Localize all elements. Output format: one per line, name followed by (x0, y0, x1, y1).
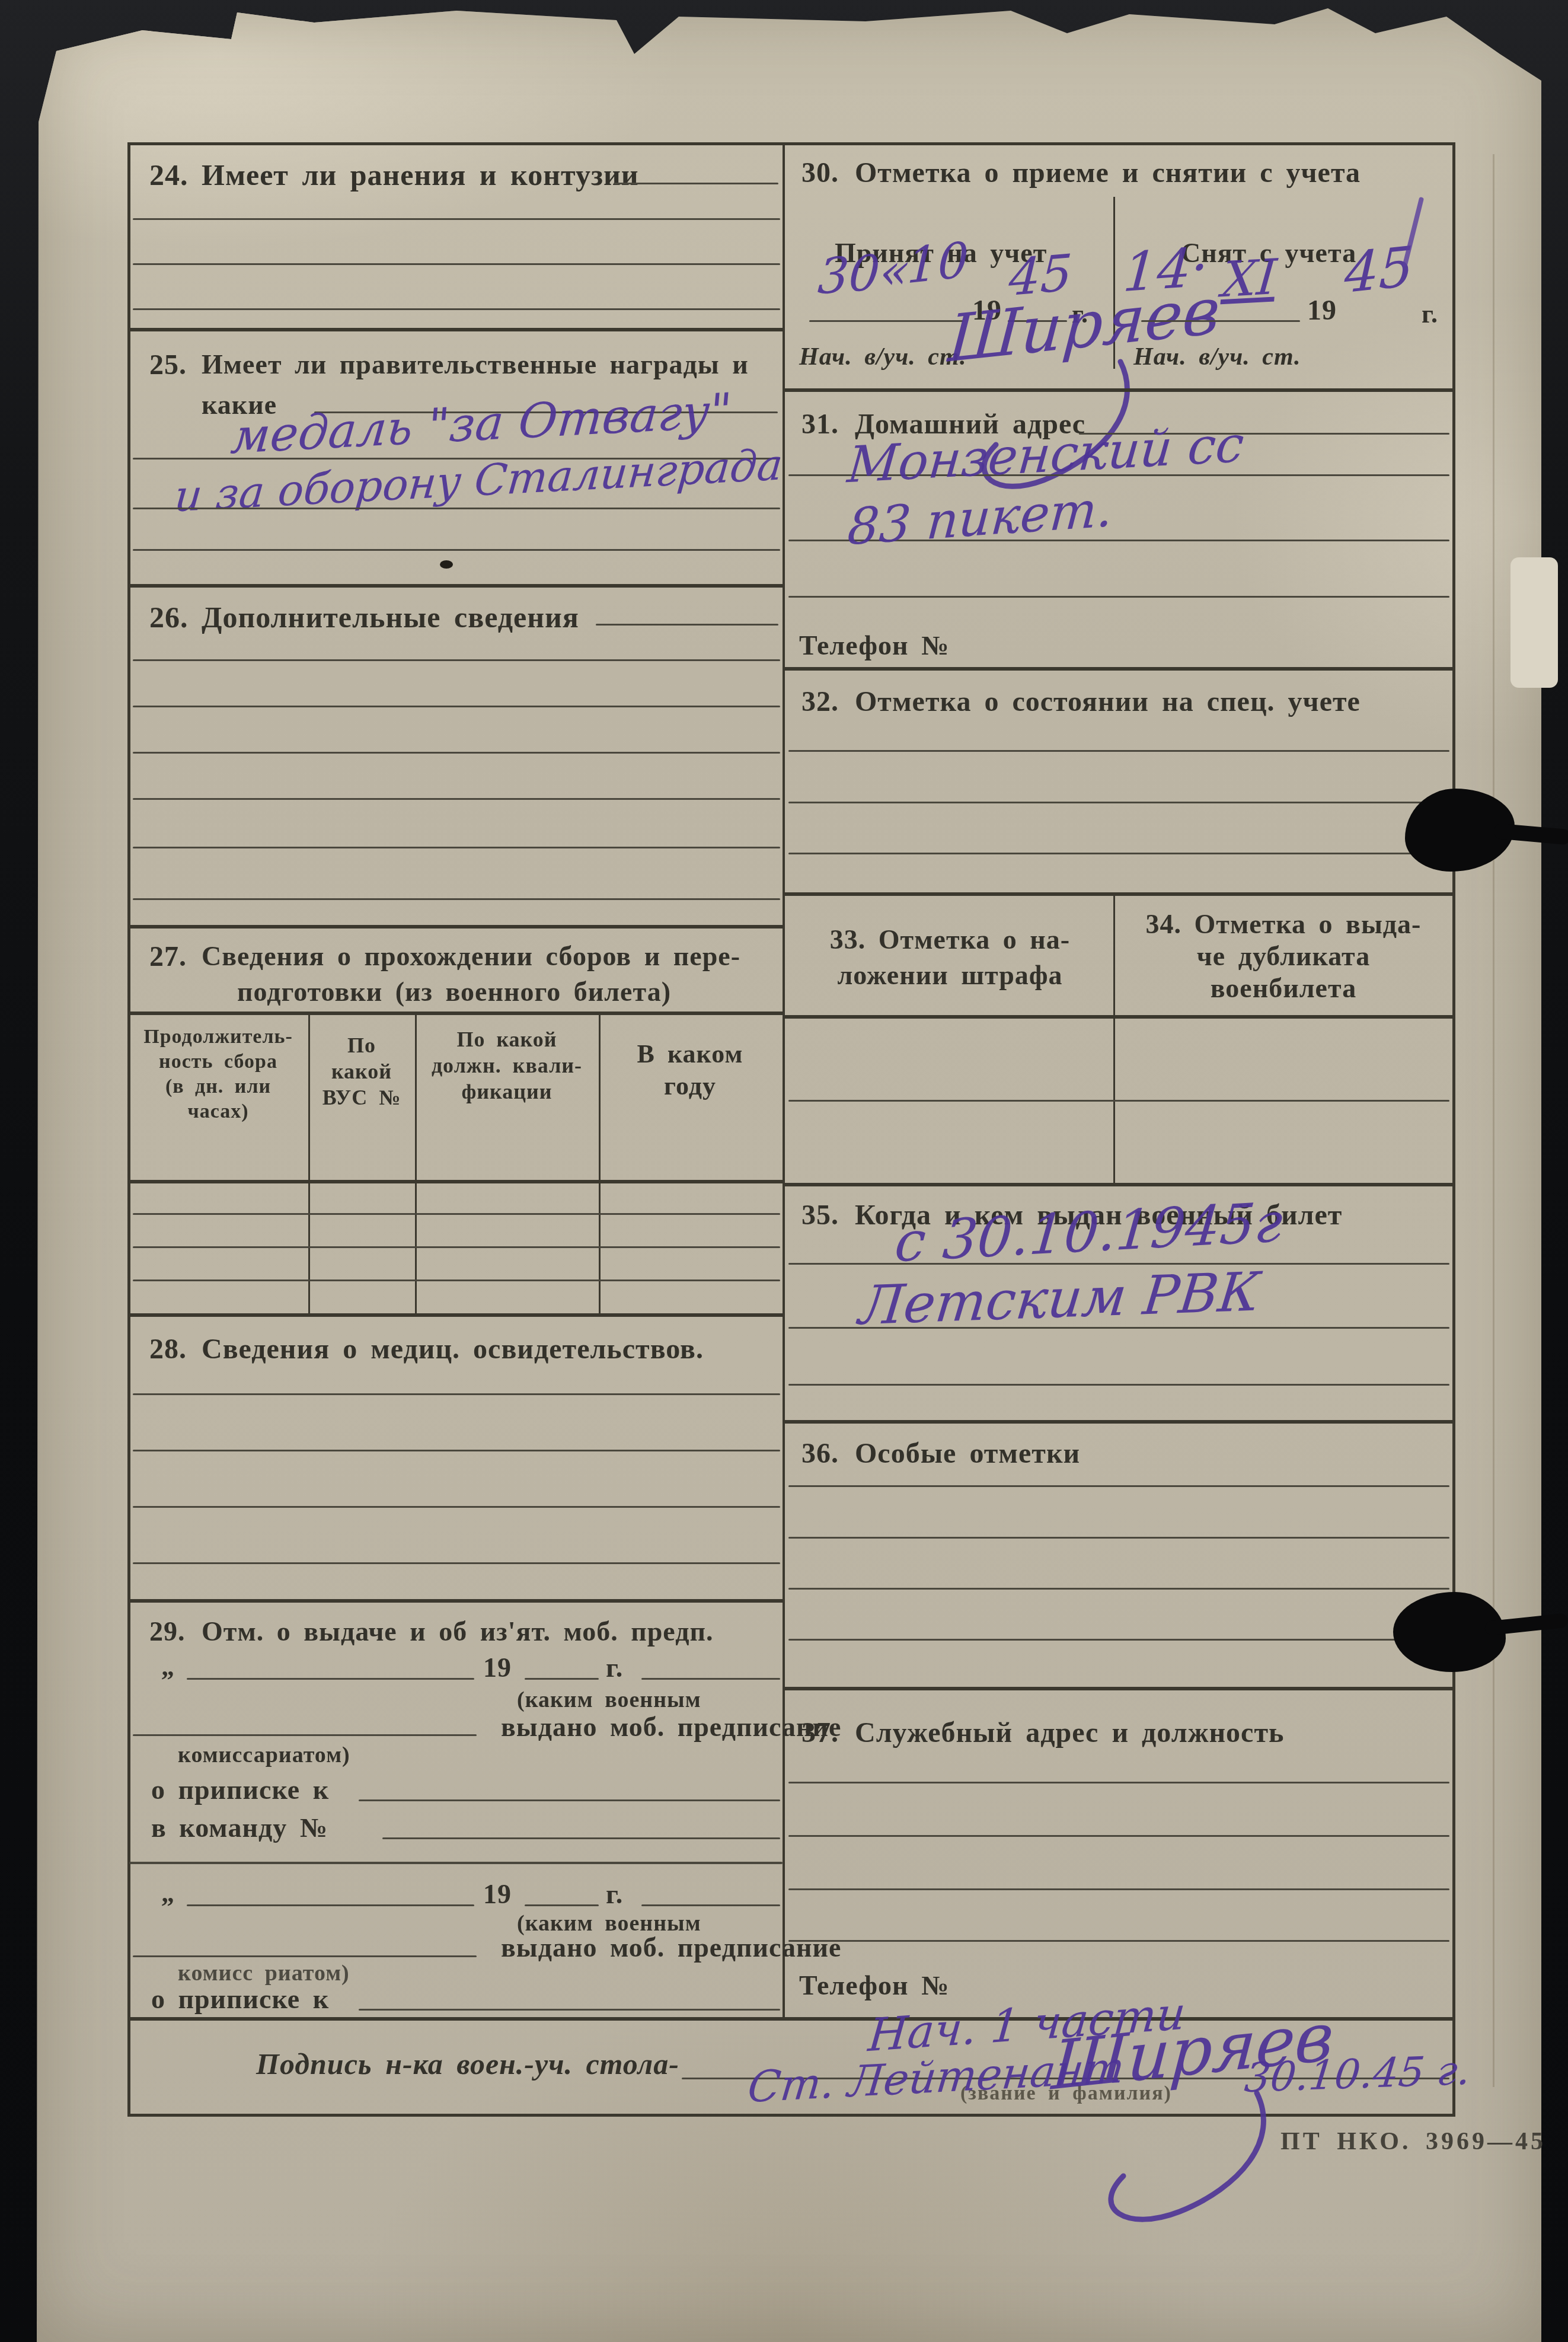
ruled-line (788, 1263, 1449, 1265)
s24-title: Имеет ли ранения и контузии (202, 158, 639, 192)
s27-col4-header: В каком (600, 1039, 780, 1069)
table-top-border (129, 1012, 783, 1015)
section-boundary (784, 892, 1452, 896)
fill-line (641, 1678, 780, 1680)
s29a-caption2: комиссариатом) (178, 1742, 350, 1768)
s29b-issued: выдано моб. предписание (501, 1932, 841, 1963)
s26-number: 26. (149, 600, 189, 634)
ruled-line (788, 1384, 1449, 1386)
s36-title: Особые отметки (855, 1437, 1080, 1470)
ruled-line (133, 847, 780, 848)
s29b-g: г. (606, 1878, 623, 1910)
s27-col2-header: ВУС № (309, 1085, 414, 1110)
s31-number: 31. (801, 408, 839, 441)
s27-col3-header: По какой (416, 1027, 598, 1052)
s30-printed19-right: 19 (1307, 294, 1337, 327)
s25-number: 25. (149, 349, 187, 381)
s35-number: 35. (801, 1199, 839, 1231)
ruled-line (133, 706, 780, 707)
ruled-line (133, 308, 780, 310)
fill-line (809, 320, 963, 322)
s33-title: 33. Отметка о на- (788, 924, 1112, 955)
fill-line (359, 1799, 780, 1801)
fill-line (525, 1678, 599, 1680)
s27-col2-header: По (309, 1033, 414, 1058)
s29a-team: в команду № (151, 1812, 328, 1843)
s30-g-right: г. (1422, 299, 1438, 329)
ruled-line (133, 659, 780, 661)
fill-line (382, 1837, 780, 1839)
section-boundary (129, 1599, 783, 1603)
s27-title: Сведения о прохождении сборов и пере- (202, 940, 740, 972)
s26-title: Дополнительные сведения (202, 600, 579, 634)
ruled-line (133, 549, 780, 551)
fill-line (641, 1904, 780, 1906)
s25-title: Имеет ли правительственные награды и (202, 349, 749, 380)
fill-line (525, 1904, 599, 1906)
s31-phone-label: Телефон № (799, 630, 949, 661)
ruled-line (133, 898, 780, 900)
s27-col1-header: Продолжитель- (129, 1026, 307, 1048)
s29-title: Отм. о выдаче и об из'ят. моб. предп. (202, 1616, 713, 1647)
table-row-line (788, 1100, 1449, 1102)
s29a-year19: 19 (483, 1652, 512, 1683)
ruled-line (788, 1782, 1449, 1783)
header-underline (784, 1015, 1452, 1019)
s30-hw-month2: XI (1220, 249, 1279, 308)
s30-hw-day1: 30« (816, 243, 912, 305)
bottom-hw-date: 30.10.45 г. (1243, 2047, 1473, 2102)
ruled-line (133, 1506, 780, 1508)
s29b-quote: „ (161, 1878, 175, 1909)
s32-title: Отметка о состоянии на спец. учете (855, 685, 1361, 718)
ruled-line (788, 802, 1449, 803)
s27-title2: подготовки (из военного билета) (237, 976, 671, 1007)
ruled-line (133, 1393, 780, 1395)
s29a-g: г. (606, 1652, 623, 1683)
fill-line (187, 1678, 474, 1680)
section-boundary (129, 1313, 783, 1317)
s34-title2: че дубликата (1117, 940, 1449, 972)
ruled-line (788, 1888, 1449, 1890)
s29a-attach: о приписке к (151, 1774, 329, 1805)
ruled-line (133, 1562, 780, 1564)
s30-chief-right: Нач. в/уч. ст. (1133, 343, 1301, 371)
s29a-quote: „ (161, 1652, 175, 1682)
ruled-line (788, 1485, 1449, 1487)
ruled-line (133, 798, 780, 800)
s29b-year19: 19 (483, 1878, 512, 1910)
ruled-line (788, 596, 1449, 598)
s37-number: 37. (801, 1716, 839, 1749)
print-tag: ПТ НКО. 3969—45 (1280, 2127, 1546, 2156)
fill-line (133, 1734, 477, 1736)
section-boundary (784, 667, 1452, 671)
ruled-line (133, 218, 780, 220)
section-boundary (784, 388, 1452, 392)
s30-number: 30. (801, 157, 839, 189)
section-boundary (129, 328, 783, 331)
s33-number: 33. (830, 924, 866, 955)
s37-title: Служебный адрес и должность (855, 1716, 1284, 1749)
s33-title2: ложении штрафа (788, 959, 1112, 991)
s27-col2-header: какой (309, 1059, 414, 1084)
s33-34-divider (1113, 892, 1115, 1183)
s36-number: 36. (801, 1437, 839, 1470)
ruled-line (133, 508, 780, 509)
signature-row-label: Подпись н-ка воен.-уч. стола- (256, 2047, 679, 2081)
ruled-line (788, 1835, 1449, 1837)
s30-hw-day2: 14· (1121, 236, 1210, 305)
section-boundary (129, 925, 783, 928)
s34-title3: военбилета (1117, 972, 1449, 1004)
s27-col4-header: году (600, 1071, 780, 1101)
tape-patch (1510, 557, 1558, 688)
s34-number: 34. (1146, 909, 1182, 939)
ruled-line (788, 1537, 1449, 1539)
s29a-caption1: (каким военным (517, 1687, 701, 1713)
s27-col3-header: должн. квали- (416, 1053, 598, 1078)
signature-flourish (1043, 2093, 1316, 2259)
s24-number: 24. (149, 158, 189, 192)
ruled-line (788, 750, 1449, 752)
s27-col1-header: ность сбора (129, 1051, 307, 1073)
block-divider (129, 1862, 783, 1864)
s29b-caption2: комисс риатом) (178, 1960, 350, 1986)
s27-col3-header: фикации (416, 1079, 598, 1104)
table-row-line (133, 1280, 780, 1281)
fill-line (133, 1955, 477, 1957)
table-row-line (133, 1246, 780, 1248)
ruled-line (614, 183, 778, 184)
ruled-line (133, 1450, 780, 1451)
ruled-line (788, 1639, 1449, 1641)
fill-line (359, 2009, 780, 2011)
s37-phone-label: Телефон № (799, 1970, 949, 2001)
s30-hw-month1: 10 (906, 232, 969, 295)
ruled-line (133, 752, 780, 754)
fill-line (1141, 320, 1300, 322)
s28-title: Сведения о медиц. освидетельствов. (202, 1333, 704, 1365)
table-row-line (133, 1213, 780, 1215)
s30-hw-year2: 45 (1343, 234, 1414, 305)
scanned-military-registration-card: 24. Имеет ли ранения и контузии 25. Имее… (0, 0, 1568, 2342)
s27-number: 27. (149, 940, 187, 973)
ink-dot (440, 560, 453, 569)
s29a-issued: выдано моб. предписание (501, 1711, 841, 1743)
s29-number: 29. (149, 1616, 186, 1647)
s28-number: 28. (149, 1333, 187, 1365)
table-header-underline (129, 1180, 783, 1183)
ruled-line (133, 263, 780, 265)
s32-number: 32. (801, 685, 839, 718)
ruled-line (596, 624, 778, 626)
s30-title: Отметка о приеме и снятии с учета (855, 157, 1361, 189)
section-boundary (129, 584, 783, 588)
paper-crease (1493, 154, 1494, 2087)
s34-title: 34. Отметка о выда- (1117, 908, 1449, 940)
section-boundary (784, 1687, 1452, 1690)
fill-line (187, 1904, 474, 1906)
s27-col1-header: (в дн. или (129, 1076, 307, 1098)
s33-title-text: Отметка о на- (879, 924, 1070, 955)
ruled-line (788, 1588, 1449, 1590)
section-boundary (784, 1420, 1452, 1424)
s27-col1-header: часах) (129, 1100, 307, 1123)
ruled-line (788, 853, 1449, 854)
section-boundary (784, 1183, 1452, 1186)
s34-title-text: Отметка о выда- (1195, 909, 1422, 939)
s29b-attach: о приписке к (151, 1983, 329, 2015)
ruled-line (788, 1940, 1449, 1942)
